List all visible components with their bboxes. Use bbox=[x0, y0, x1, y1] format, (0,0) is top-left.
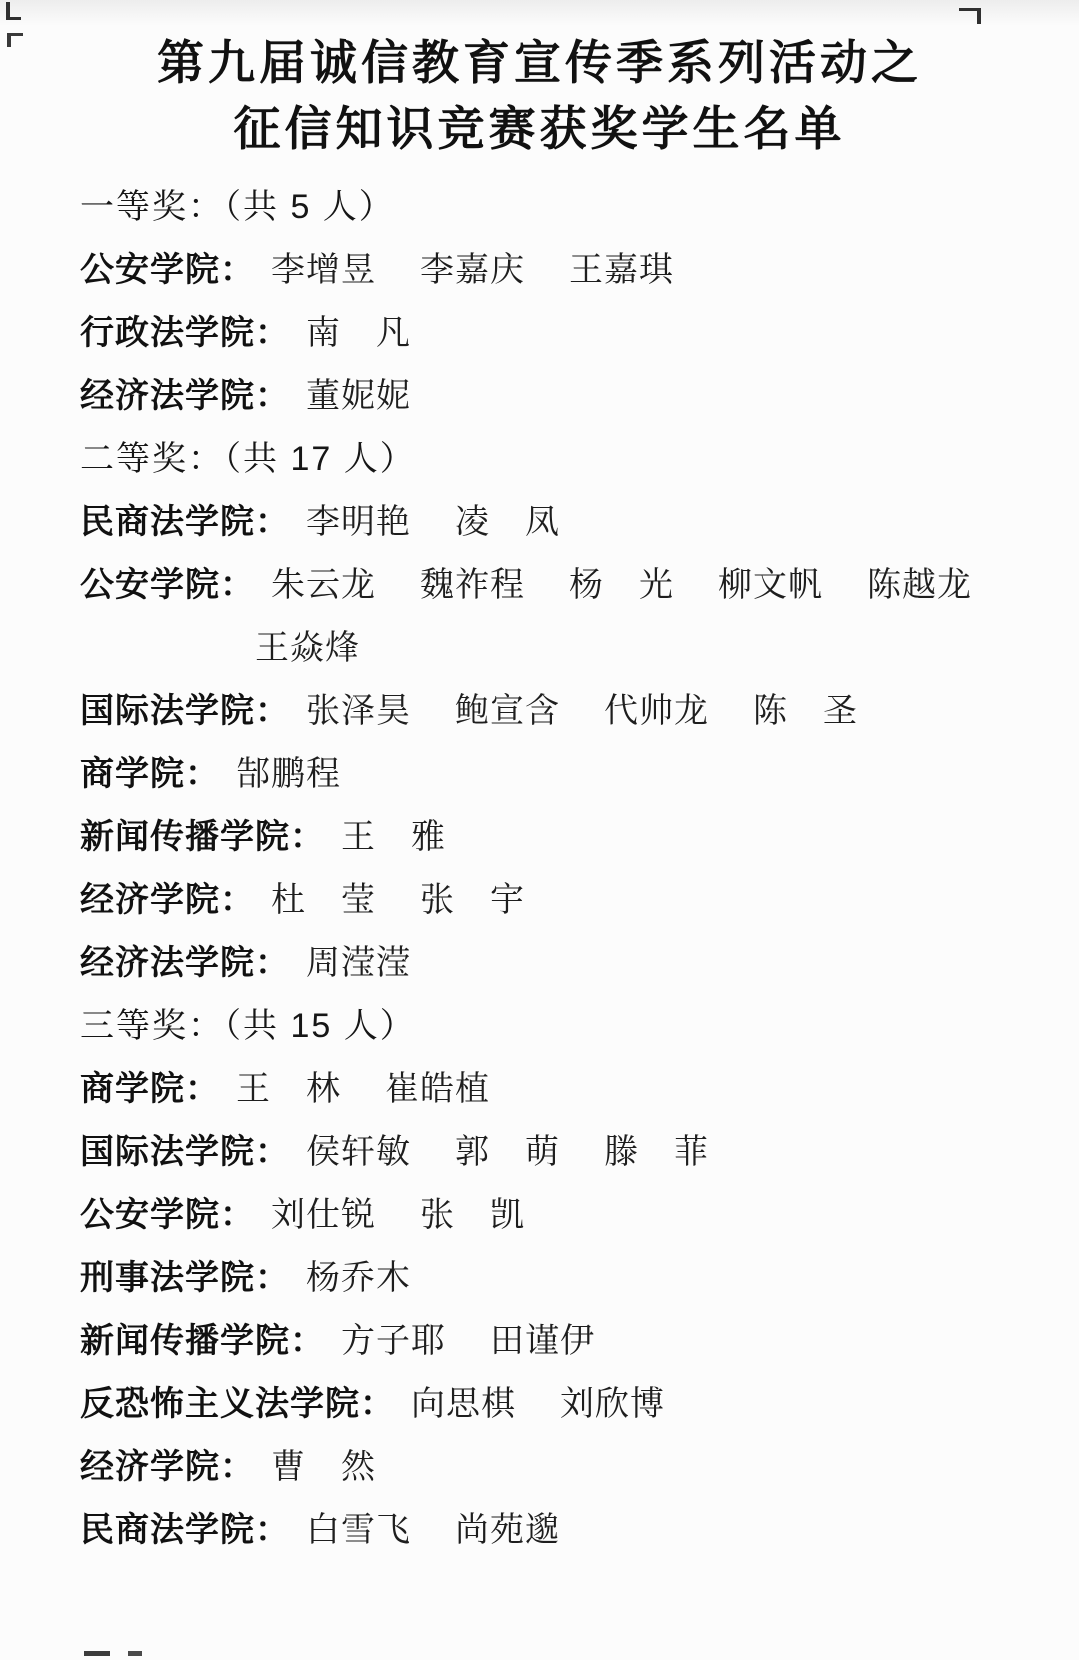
college-name: 新闻传播学院： bbox=[80, 809, 325, 858]
student-name: 郭 萌 bbox=[455, 1124, 560, 1173]
college-name: 商学院： bbox=[80, 1061, 220, 1110]
award-list: 一等奖：（共 5 人）公安学院：李增昱李嘉庆王嘉琪行政法学院：南 凡经济法学院：… bbox=[0, 172, 1079, 1558]
college-row: 行政法学院：南 凡 bbox=[80, 298, 1039, 361]
student-name: 方子耶 bbox=[341, 1313, 446, 1362]
student-name: 陈 圣 bbox=[753, 683, 858, 732]
student-name: 刘仕锐 bbox=[271, 1187, 376, 1236]
college-name: 经济法学院： bbox=[80, 935, 290, 984]
student-name: 魏祚程 bbox=[420, 557, 525, 606]
college-row: 经济法学院：董妮妮 bbox=[80, 361, 1039, 424]
college-row: 反恐怖主义法学院：向思棋刘欣博 bbox=[80, 1369, 1039, 1432]
college-row: 经济法学院：周滢滢 bbox=[80, 928, 1039, 991]
college-row: 新闻传播学院：王 雅 bbox=[80, 802, 1039, 865]
student-name: 王嘉琪 bbox=[569, 242, 674, 291]
student-names: 白雪飞尚苑邈 bbox=[306, 1502, 560, 1551]
college-row: 商学院：王 林崔皓植 bbox=[80, 1054, 1039, 1117]
student-names: 曹 然 bbox=[271, 1439, 376, 1488]
scan-artifact-bottom-left-2 bbox=[128, 1651, 142, 1656]
document-page: 第九届诚信教育宣传季系列活动之 征信知识竞赛获奖学生名单 一等奖：（共 5 人）… bbox=[0, 0, 1079, 1660]
student-names: 李增昱李嘉庆王嘉琪 bbox=[271, 242, 674, 291]
college-name: 行政法学院： bbox=[80, 305, 290, 354]
college-name: 反恐怖主义法学院： bbox=[80, 1376, 395, 1425]
student-name: 李明艳 bbox=[306, 494, 411, 543]
college-row: 刑事法学院：杨乔木 bbox=[80, 1243, 1039, 1306]
college-name: 民商法学院： bbox=[80, 1502, 290, 1551]
college-name: 新闻传播学院： bbox=[80, 1313, 325, 1362]
college-name: 刑事法学院： bbox=[80, 1250, 290, 1299]
student-name: 凌 凤 bbox=[455, 494, 560, 543]
student-name: 鲍宣含 bbox=[455, 683, 560, 732]
student-name: 王 雅 bbox=[341, 809, 446, 858]
college-row: 商学院：郜鹏程 bbox=[80, 739, 1039, 802]
student-name: 朱云龙 bbox=[271, 557, 376, 606]
college-name: 民商法学院： bbox=[80, 494, 290, 543]
college-row: 经济学院：杜 莹张 宇 bbox=[80, 865, 1039, 928]
student-name: 周滢滢 bbox=[306, 935, 411, 984]
college-row: 公安学院：刘仕锐张 凯 bbox=[80, 1180, 1039, 1243]
student-names: 李明艳凌 凤 bbox=[306, 494, 560, 543]
college-name: 公安学院： bbox=[80, 242, 255, 291]
student-name: 田谨伊 bbox=[490, 1313, 595, 1362]
award-header: 一等奖：（共 5 人） bbox=[80, 172, 1039, 235]
student-name: 柳文帆 bbox=[718, 557, 823, 606]
student-name: 张 宇 bbox=[420, 872, 525, 921]
student-name: 李增昱 bbox=[271, 242, 376, 291]
student-name: 董妮妮 bbox=[306, 368, 411, 417]
student-name: 杨 光 bbox=[569, 557, 674, 606]
student-name: 郜鹏程 bbox=[236, 746, 341, 795]
student-name: 张泽昊 bbox=[306, 683, 411, 732]
student-name: 尚苑邈 bbox=[455, 1502, 560, 1551]
student-name: 代帅龙 bbox=[604, 683, 709, 732]
college-name: 国际法学院： bbox=[80, 1124, 290, 1173]
document-title-line1: 第九届诚信教育宣传季系列活动之 bbox=[0, 30, 1079, 96]
college-row: 国际法学院：张泽昊鲍宣含代帅龙陈 圣 bbox=[80, 676, 1039, 739]
college-row: 民商法学院：李明艳凌 凤 bbox=[80, 487, 1039, 550]
award-header: 二等奖：（共 17 人） bbox=[80, 424, 1039, 487]
college-row: 民商法学院：白雪飞尚苑邈 bbox=[80, 1495, 1039, 1558]
student-names: 朱云龙魏祚程杨 光柳文帆陈越龙 bbox=[271, 557, 972, 606]
student-names: 侯轩敏郭 萌滕 菲 bbox=[306, 1124, 709, 1173]
student-names: 杜 莹张 宇 bbox=[271, 872, 525, 921]
college-name: 经济法学院： bbox=[80, 368, 290, 417]
student-name: 杜 莹 bbox=[271, 872, 376, 921]
student-name: 崔皓植 bbox=[385, 1061, 490, 1110]
student-names: 南 凡 bbox=[306, 305, 411, 354]
student-names: 郜鹏程 bbox=[236, 746, 341, 795]
student-names: 董妮妮 bbox=[306, 368, 411, 417]
document-title-line2: 征信知识竞赛获奖学生名单 bbox=[0, 96, 1079, 162]
student-name: 侯轩敏 bbox=[306, 1124, 411, 1173]
college-name: 国际法学院： bbox=[80, 683, 290, 732]
student-name: 刘欣博 bbox=[560, 1376, 665, 1425]
student-names: 刘仕锐张 凯 bbox=[271, 1187, 525, 1236]
student-name: 滕 菲 bbox=[604, 1124, 709, 1173]
college-name: 公安学院： bbox=[80, 557, 255, 606]
student-names: 杨乔木 bbox=[306, 1250, 411, 1299]
student-name: 李嘉庆 bbox=[420, 242, 525, 291]
student-name: 曹 然 bbox=[271, 1439, 376, 1488]
student-names: 王 雅 bbox=[341, 809, 446, 858]
college-row: 新闻传播学院：方子耶田谨伊 bbox=[80, 1306, 1039, 1369]
scan-artifact-bottom-left-1 bbox=[84, 1651, 110, 1656]
college-name: 经济学院： bbox=[80, 872, 255, 921]
document-title: 第九届诚信教育宣传季系列活动之 征信知识竞赛获奖学生名单 bbox=[0, 0, 1079, 162]
college-row: 公安学院：李增昱李嘉庆王嘉琪 bbox=[80, 235, 1039, 298]
student-name: 南 凡 bbox=[306, 305, 411, 354]
student-names: 王 林崔皓植 bbox=[236, 1061, 490, 1110]
college-row: 公安学院：朱云龙魏祚程杨 光柳文帆陈越龙 bbox=[80, 550, 1039, 613]
award-header: 三等奖：（共 15 人） bbox=[80, 991, 1039, 1054]
student-names: 张泽昊鲍宣含代帅龙陈 圣 bbox=[306, 683, 858, 732]
college-name: 经济学院： bbox=[80, 1439, 255, 1488]
student-names: 王焱烽 bbox=[255, 620, 360, 669]
college-row: 国际法学院：侯轩敏郭 萌滕 菲 bbox=[80, 1117, 1039, 1180]
college-row-continuation: 王焱烽 bbox=[80, 613, 1039, 676]
student-names: 向思棋刘欣博 bbox=[411, 1376, 665, 1425]
student-name: 陈越龙 bbox=[867, 557, 972, 606]
student-name: 王焱烽 bbox=[255, 620, 360, 669]
student-name: 白雪飞 bbox=[306, 1502, 411, 1551]
college-row: 经济学院：曹 然 bbox=[80, 1432, 1039, 1495]
college-name: 公安学院： bbox=[80, 1187, 255, 1236]
college-name: 商学院： bbox=[80, 746, 220, 795]
student-name: 向思棋 bbox=[411, 1376, 516, 1425]
student-names: 周滢滢 bbox=[306, 935, 411, 984]
student-names: 方子耶田谨伊 bbox=[341, 1313, 595, 1362]
student-name: 张 凯 bbox=[420, 1187, 525, 1236]
student-name: 王 林 bbox=[236, 1061, 341, 1110]
student-name: 杨乔木 bbox=[306, 1250, 411, 1299]
